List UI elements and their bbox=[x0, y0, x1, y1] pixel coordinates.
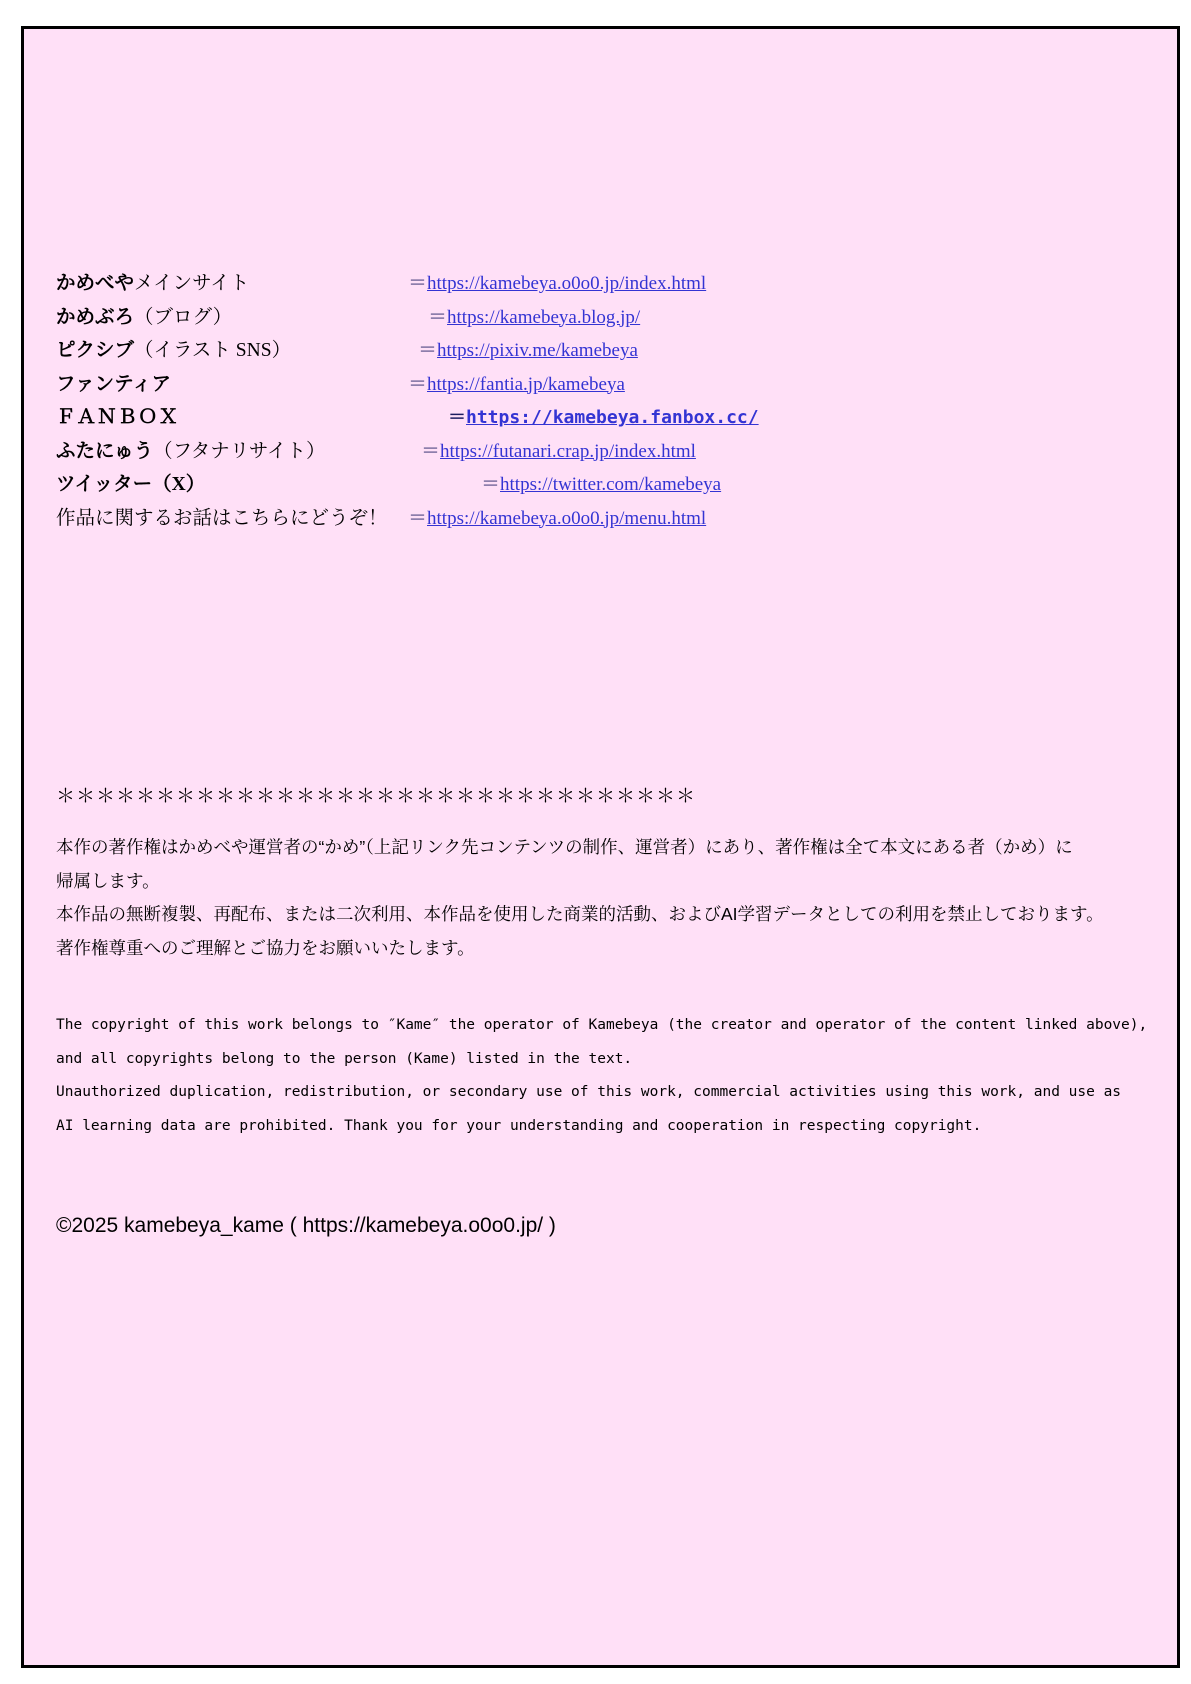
link-part: ＝https://kamebeya.o0o0.jp/menu.html bbox=[408, 502, 706, 537]
link-row-main-site: かめべやメインサイト ＝https://kamebeya.o0o0.jp/ind… bbox=[56, 267, 1152, 301]
link-row-blog: かめぶろ（ブログ） ＝https://kamebeya.blog.jp/ bbox=[56, 301, 1152, 335]
link-part: ＝https://kamebeya.blog.jp/ bbox=[428, 301, 640, 336]
site-label: ＦＡＮＢＯＸ bbox=[56, 401, 179, 435]
site-name: かめぶろ bbox=[56, 306, 134, 328]
site-label: ピクシブ（イラスト SNS） bbox=[56, 334, 291, 368]
site-name: かめべや bbox=[56, 272, 134, 294]
link-part: ＝https://kamebeya.fanbox.cc/ bbox=[448, 401, 759, 436]
link-row-fantia: ファンティア ＝https://fantia.jp/kamebeya bbox=[56, 368, 1152, 402]
site-link-pixiv[interactable]: https://pixiv.me/kamebeya bbox=[437, 340, 638, 361]
equals-sign: ＝ bbox=[448, 407, 466, 428]
site-name-suffix: （フタナリサイト） bbox=[153, 441, 325, 462]
link-part: ＝https://kamebeya.o0o0.jp/index.html bbox=[408, 267, 706, 302]
link-part: ＝https://twitter.com/kamebeya bbox=[481, 468, 721, 503]
site-name: ツイッター bbox=[56, 473, 152, 495]
site-link-list: かめべやメインサイト ＝https://kamebeya.o0o0.jp/ind… bbox=[56, 267, 1152, 535]
equals-sign: ＝ bbox=[418, 340, 437, 361]
site-link-fantia[interactable]: https://fantia.jp/kamebeya bbox=[427, 374, 625, 395]
link-part: ＝https://fantia.jp/kamebeya bbox=[408, 368, 625, 403]
site-link-main[interactable]: https://kamebeya.o0o0.jp/index.html bbox=[427, 273, 706, 294]
site-name: ＦＡＮＢＯＸ bbox=[56, 406, 179, 428]
site-name-suffix: メインサイト bbox=[134, 273, 249, 294]
en-line-3: Unauthorized duplication, redistribution… bbox=[56, 1076, 1152, 1110]
page: かめべやメインサイト ＝https://kamebeya.o0o0.jp/ind… bbox=[0, 0, 1191, 1684]
bordered-sheet: かめべやメインサイト ＝https://kamebeya.o0o0.jp/ind… bbox=[21, 26, 1180, 1668]
site-name-suffix: （イラスト SNS） bbox=[134, 340, 291, 361]
site-label: ファンティア bbox=[56, 368, 171, 402]
jp-line-3: 本作品の無断複製、再配布、または二次利用、本作品を使用した商業的活動、およびAI… bbox=[56, 898, 1152, 932]
en-line-2: and all copyrights belong to the person … bbox=[56, 1043, 1152, 1077]
site-name-suffix: （ブログ） bbox=[134, 307, 232, 328]
site-link-blog[interactable]: https://kamebeya.blog.jp/ bbox=[447, 307, 640, 328]
site-link-contact[interactable]: https://kamebeya.o0o0.jp/menu.html bbox=[427, 508, 706, 529]
site-label: ふたにゅう（フタナリサイト） bbox=[56, 435, 326, 469]
link-part: ＝https://futanari.crap.jp/index.html bbox=[421, 435, 696, 470]
site-label: かめべやメインサイト bbox=[56, 267, 249, 301]
jp-line-2: 帰属します。 bbox=[56, 865, 1152, 899]
site-link-futanyu[interactable]: https://futanari.crap.jp/index.html bbox=[440, 441, 696, 462]
asterisk-divider: ＊＊＊＊＊＊＊＊＊＊＊＊＊＊＊＊＊＊＊＊＊＊＊＊＊＊＊＊＊＊＊＊ bbox=[56, 785, 1152, 809]
copyright-footer: ©2025 kamebeya_kame ( https://kamebeya.o… bbox=[56, 1213, 1152, 1239]
en-line-1: The copyright of this work belongs to ″K… bbox=[56, 1009, 1152, 1043]
content-area: かめべやメインサイト ＝https://kamebeya.o0o0.jp/ind… bbox=[56, 29, 1152, 1239]
equals-sign: ＝ bbox=[421, 441, 440, 462]
site-name: ピクシブ bbox=[56, 339, 134, 361]
site-link-twitter[interactable]: https://twitter.com/kamebeya bbox=[500, 474, 721, 495]
equals-sign: ＝ bbox=[428, 307, 447, 328]
site-label: ツイッター（X） bbox=[56, 468, 205, 502]
jp-line-1: 本作の著作権はかめべや運営者の“かめ”（上記リンク先コンテンツの制作、運営者）に… bbox=[56, 831, 1152, 865]
equals-sign: ＝ bbox=[481, 474, 500, 495]
link-row-contact: 作品に関するお話はこちらにどうぞ！ ＝https://kamebeya.o0o0… bbox=[56, 502, 1152, 536]
en-line-4: AI learning data are prohibited. Thank y… bbox=[56, 1110, 1152, 1144]
jp-line-4: 著作権尊重へのご理解とご協力をお願いいたします。 bbox=[56, 932, 1152, 966]
copyright-notice-jp: 本作の著作権はかめべや運営者の“かめ”（上記リンク先コンテンツの制作、運営者）に… bbox=[56, 831, 1152, 965]
link-part: ＝https://pixiv.me/kamebeya bbox=[418, 334, 638, 369]
site-name-suffix: （X） bbox=[152, 474, 205, 495]
copyright-notice-en: The copyright of this work belongs to ″K… bbox=[56, 1009, 1152, 1143]
link-row-futanyu: ふたにゅう（フタナリサイト） ＝https://futanari.crap.jp… bbox=[56, 435, 1152, 469]
link-row-fanbox: ＦＡＮＢＯＸ ＝https://kamebeya.fanbox.cc/ bbox=[56, 401, 1152, 435]
site-name: ふたにゅう bbox=[56, 440, 153, 462]
link-row-pixiv: ピクシブ（イラスト SNS） ＝https://pixiv.me/kamebey… bbox=[56, 334, 1152, 368]
site-name: ファンティア bbox=[56, 373, 171, 395]
equals-sign: ＝ bbox=[408, 273, 427, 294]
site-label: 作品に関するお話はこちらにどうぞ！ bbox=[56, 502, 388, 536]
equals-sign: ＝ bbox=[408, 374, 427, 395]
equals-sign: ＝ bbox=[408, 508, 427, 529]
site-label: かめぶろ（ブログ） bbox=[56, 301, 232, 335]
site-name-suffix: 作品に関するお話はこちらにどうぞ！ bbox=[56, 508, 388, 529]
link-row-twitter: ツイッター（X） ＝https://twitter.com/kamebeya bbox=[56, 468, 1152, 502]
site-link-fanbox[interactable]: https://kamebeya.fanbox.cc/ bbox=[466, 407, 759, 428]
